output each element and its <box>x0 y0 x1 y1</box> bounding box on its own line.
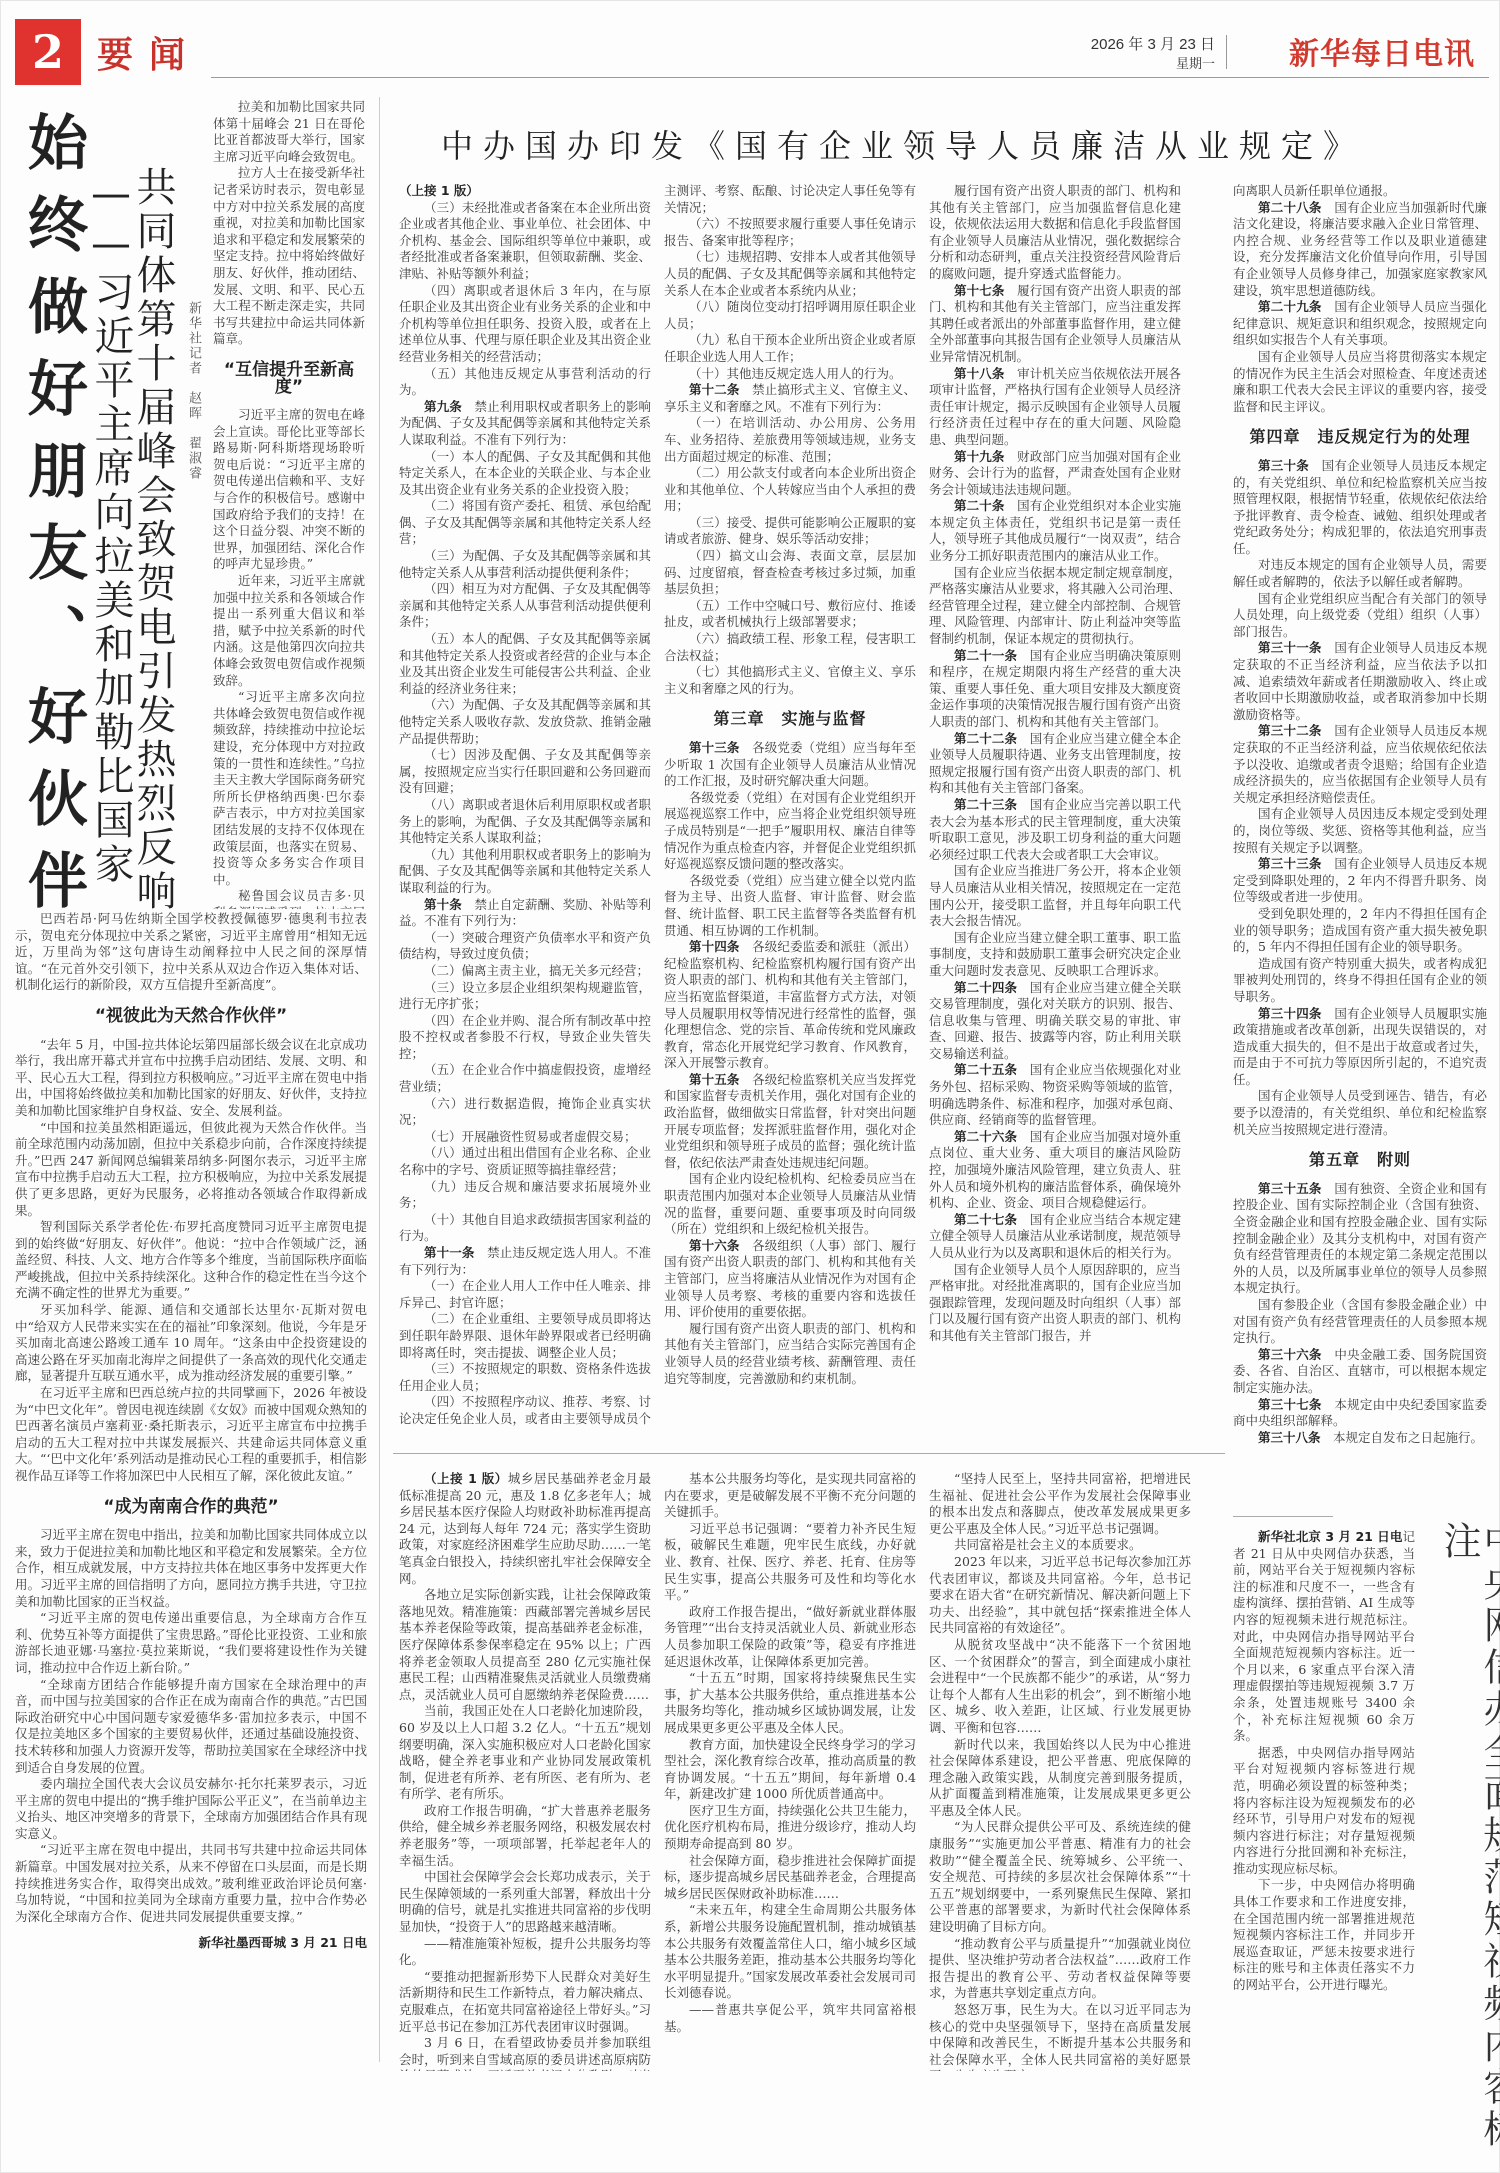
story3-para-2: 各地立足实际创新实践，让社会保障政策落地见效。精准施策：西藏部署完善城乡居民基本… <box>399 1587 651 1703</box>
chapter-5-heading: 第五章 附则 <box>1233 1152 1487 1169</box>
article-label: 第二十条 <box>954 498 1004 513</box>
story3-para-22: “推动教育公平与质量提升”“加强就业岗位提供、坚决维护劳动者合法权益”……政府工… <box>929 1936 1191 2002</box>
clause: （六）不按照要求履行重要人事任免请示报告、备案审批等程序； <box>664 216 916 249</box>
weekday-text: 星期一 <box>1091 55 1215 73</box>
article-label: 第二十八条 <box>1258 200 1322 215</box>
story1-byline: 新华社记者 赵晖 翟淑睿 <box>185 301 201 631</box>
story1-lead-1: 拉美和加勒比国家共同体第十届峰会 21 日在哥伦比亚首都波哥大举行，国家主席习近… <box>213 99 365 165</box>
article-label: 第三十一条 <box>1258 640 1322 655</box>
story1-subhead-2: “视彼此为天然合作伙伴” <box>15 1008 367 1025</box>
article-label: 第三十七条 <box>1258 1397 1322 1412</box>
story3-para-10: 政府工作报告提出，“做好新就业群体服务管理”“出台支持灵活就业人员、新就业形态人… <box>664 1604 916 1670</box>
story3-para-18: 2023 年以来，习近平总书记每次参加江苏代表团审议，都谈及共同富裕。今年，总书… <box>929 1554 1191 1637</box>
article-35: 第三十五条 国有独资、全资企业和国有控股企业、国有实际控制企业（含国有独资、全资… <box>1233 1181 1487 1297</box>
story1-subhead-3: “成为南南合作的典范” <box>15 1499 367 1516</box>
continued-label: （上接 1 版） <box>424 1471 508 1486</box>
story3-column-3: “坚持人民至上，坚持共同富裕，把增进民生福祉、促进社会公平作为发展社会保障事业的… <box>929 1471 1191 2071</box>
story2-column-3: 履行国有资产出资人职责的部门、机构和其他有关主管部门，应当加强监督信息化建设，依… <box>929 183 1181 1428</box>
paper-logo: 新华每日电讯 <box>1289 29 1475 73</box>
section-divider-right <box>1233 1516 1333 1517</box>
story3-para-6: “要推动把握新形势下人民群众对美好生活新期待和民生工作新特点，着力解决痛点、克服… <box>399 1969 651 2035</box>
clause: 造成国有资产特别重大损失，或者构成犯罪被判处刑罚的，终身不得担任国有企业的领导职… <box>1233 956 1487 1006</box>
column-divider <box>379 97 380 2062</box>
article-label: 第三十二条 <box>1258 723 1322 738</box>
article-29: 第二十九条 国有企业领导人员应当强化纪律意识、规矩意识和组织观念，按照规定向组织… <box>1233 299 1487 349</box>
clause: （二）将国有资产委托、租赁、承包给配偶、子女及其配偶等亲属和其他特定关系人经营； <box>399 498 651 548</box>
story3-para-3: 当前，我国正处在人口老龄化加速阶段，60 岁及以上人口超 3.2 亿人。“十五五… <box>399 1703 651 1803</box>
story1-para-15: “习近平主席在贺电中提出，共同书写共建中拉命运共同体新篇章。中国发展对拉关系，从… <box>15 1842 367 1925</box>
story1-para-2: 近年来，习近平主席就加强中拉关系和各领域合作提出一系列重大倡议和举措，赋予中拉关… <box>213 573 365 689</box>
story1-para-6: “去年 5 月，中国-拉共体论坛第四届部长级会议在北京成功举行，我出席开幕式并宣… <box>15 1037 367 1120</box>
clause: 各级党委（党组）在对国有企业党组织开展巡视巡察工作中，应当将企业党组织领导班子成… <box>664 790 916 873</box>
story1-para-5: 巴西若昂·阿马佐纳斯全国学校教授佩德罗·德奥利韦拉表示，贺电充分体现拉中关系之紧… <box>15 911 367 994</box>
clause: （一）突破合理资产负债率水平和资产负债结构，导致过度负债； <box>399 930 651 963</box>
clause: 对违反本规定的国有企业领导人员，需要解任或者解聘的，依法予以解任或者解聘。 <box>1233 557 1487 590</box>
clause: （五）工作中空喊口号、敷衍应付、推诿扯皮，或者机械执行上级部署要求； <box>664 598 916 631</box>
clause: 国有企业应当依据本规定制定规章制度，严格落实廉洁从业要求，将其融入公司治理、经营… <box>929 565 1181 648</box>
story1-subheadline-2: ——习近平主席向拉美和加勒比国家 <box>89 171 133 887</box>
article-label: 第三十八条 <box>1258 1430 1321 1445</box>
clause: （二）用公款支付或者向本企业所出资企业和其他单位、个人转嫁应当由个人承担的费用； <box>664 465 916 515</box>
story1-para-14: 委内瑞拉全国代表大会议员安赫尔·托尔托莱罗表示，习近平主席的贺电中提出的“携手维… <box>15 1776 367 1842</box>
story1-headline: 始终做好朋友、好伙伴 <box>23 111 83 931</box>
article-10: 第十条 禁止自定薪酬、奖励、补贴等利益。不准有下列行为： <box>399 897 651 930</box>
article-label: 第三十条 <box>1258 458 1309 473</box>
story1-para-10: 在习近平主席和巴西总统卢拉的共同擘画下，2026 年被设为“中巴文化年”。曾因电… <box>15 1385 367 1485</box>
clause: 国有企业应当建立健全职工董事、职工监事制度，支持和鼓励职工董事会研究决定企业重大… <box>929 930 1181 980</box>
story2-column-4: 向离职人员新任职单位通报。 第二十八条 国有企业应当加强新时代廉洁文化建设，将廉… <box>1233 183 1487 1448</box>
article-34: 第三十四条 国有企业领导人员履职实施政策措施或者改革创新，出现失误错误的，对造成… <box>1233 1006 1487 1089</box>
clause: （十）其他自目追求政绩损害国家利益的行为。 <box>399 1212 651 1245</box>
clause: （九）违反合规和廉洁要求拓展境外业务； <box>399 1179 651 1212</box>
continued-label: （上接 1 版） <box>399 183 651 200</box>
article-31: 第三十一条 国有企业领导人员违反本规定获取的不正当经济利益，应当依法予以扣减、追… <box>1233 640 1487 723</box>
article-label: 第三十五条 <box>1258 1181 1322 1196</box>
story1-para-11: 习近平主席在贺电中指出，拉美和加勒比国家共同体成立以来，致力于促进拉美和加勒比地… <box>15 1527 367 1610</box>
article-26: 第二十六条 国有企业应当加强对境外重点岗位、重大业务、重大项目的廉洁风险防控，加… <box>929 1129 1181 1212</box>
article-38: 第三十八条 本规定自发布之日起施行。 <box>1233 1430 1487 1447</box>
article-19: 第十九条 财政部门应当加强对国有企业财务、会计行为的监督，严肃查处国有企业财务会… <box>929 449 1181 499</box>
article-label: 第三十三条 <box>1258 856 1322 871</box>
article-12: 第十二条 禁止搞形式主义、官僚主义、享乐主义和奢靡之风。不准有下列行为： <box>664 382 916 415</box>
article-11: 第十一条 禁止违反规定选人用人。不准有下列行为： <box>399 1245 651 1278</box>
article-25: 第二十五条 国有企业应当依规强化对业务外包、招标采购、物资采购等领域的监管，明确… <box>929 1062 1181 1128</box>
story3-para-23: 怒怒万事，民生为大。在以习近平同志为核心的党中央坚强领导下，坚持在高质量发展中保… <box>929 2002 1191 2071</box>
article-label: 第十三条 <box>689 740 739 755</box>
article-label: 第二十六条 <box>954 1129 1017 1144</box>
story3-para-9: 习近平总书记强调：“要着力补齐民生短板，破解民生难题，兜牢民生底线，办好就业、教… <box>664 1521 916 1604</box>
clause: 国有企业领导人员应当将贯彻落实本规定的情况作为民主生活会对照检查、年度述责述廉和… <box>1233 349 1487 415</box>
story1-para-9: 牙买加科学、能源、通信和交通部长达里尔·瓦斯对贺电中“给双方人民带来实实在在的福… <box>15 1302 367 1385</box>
story3-subhead-2: ——普惠共享促公平，筑牢共同富裕根基。 <box>664 2002 916 2035</box>
article-text: 本规定自发布之日起施行。 <box>1333 1430 1483 1445</box>
clause: 国有企业党组织应当配合有关部门的领导人员处理，向上级党委（党组）组织（人事）部门… <box>1233 591 1487 641</box>
clause: （三）不按照规定的职数、资格条件选拔任用企业人员； <box>399 1361 651 1394</box>
story4-column: 新华社北京 3 月 21 日电记者 21 日从中央网信办获悉，当前，网站平台关于… <box>1233 1529 1415 2069</box>
clause: （四）离职或者退休后 3 年内，在与原任职企业及其出资企业有业务关系的企业和中介… <box>399 283 651 366</box>
masthead: 2 要闻 2026 年 3 月 23 日 星期一 新华每日电讯 <box>13 17 1489 79</box>
article-label: 第二十二条 <box>954 731 1017 746</box>
clause: （七）违规招聘、安排本人或者其他领导人员的配偶、子女及其配偶等亲属和其他特定关系… <box>664 249 916 299</box>
article-9: 第九条 禁止利用职权或者职务上的影响为配偶、子女及其配偶等亲属和其他特定关系人谋… <box>399 399 651 449</box>
clause: （七）其他搞形式主义、官僚主义、享乐主义和奢靡之风的行为。 <box>664 664 916 697</box>
story1-para-13: “全球南方团结合作能够提升南方国家在全球治理中的声音，而中国与拉美国家的合作正在… <box>15 1677 367 1777</box>
clause: 主测评、考察、酝酿、讨论决定人事任免等有关情况； <box>664 183 916 216</box>
masthead-rule <box>211 77 1489 78</box>
article-16: 第十六条 各级组织（人事）部门、履行国有资产出资人职责的部门、机构和其他有关主管… <box>664 1238 916 1321</box>
clause: （八）随岗位变动打招呼调用原任职企业人员； <box>664 299 916 332</box>
clause: （五）在企业合作中搞虚假投资，虚增经营业绩； <box>399 1062 651 1095</box>
story3-para-13: 医疗卫生方面，持续强化公共卫生能力，优化医疗机构布局，推进分级诊疗，推动人均预期… <box>664 1803 916 1853</box>
newspaper-page: 2 要闻 2026 年 3 月 23 日 星期一 新华每日电讯 始终做好朋友、好… <box>0 0 1500 2173</box>
story1-column-a: 拉美和加勒比国家共同体第十届峰会 21 日在哥伦比亚首都波哥大举行，国家主席习近… <box>213 99 365 909</box>
story4-para-3: 下一步，中央网信办将明确具体工作要求和工作进度安排，在全国范围内统一部署推进规范… <box>1233 1877 1415 1993</box>
clause: 履行国有资产出资人职责的部门、机构和其他有关主管部门，应当结合实际完善国有企业领… <box>664 1321 916 1387</box>
story1-column-b: 巴西若昂·阿马佐纳斯全国学校教授佩德罗·德奥利韦拉表示，贺电充分体现拉中关系之紧… <box>15 911 367 2071</box>
clause: （一）在企业人用人工作中任人唯亲、排斥异己、封官许愿； <box>399 1278 651 1311</box>
clause: （二）偏离主责主业，搞无关多元经营； <box>399 963 651 980</box>
story3-column-1: （上接 1 版）城乡居民基础养老金月最低标准提高 20 元，惠及 1.8 亿多老… <box>399 1471 651 2071</box>
clause: 国有企业应当推进厂务公开，将本企业领导人员廉洁从业相关情况，按照规定在一定范围内… <box>929 863 1181 929</box>
story3-para-1: （上接 1 版）城乡居民基础养老金月最低标准提高 20 元，惠及 1.8 亿多老… <box>399 1471 651 1587</box>
article-13: 第十三条 各级党委（党组）应当每年至少听取 1 次国有企业领导人员廉洁从业情况的… <box>664 740 916 790</box>
article-30: 第三十条 国有企业领导人员违反本规定的，有关党组织、单位和纪检监察机关应当按照管… <box>1233 458 1487 558</box>
clause: （七）因涉及配偶、子女及其配偶等亲属，按照规定应当实行任职回避和公务回避而没有回… <box>399 747 651 797</box>
story4-headline: 中央网信办全面规范短视频内容标注 <box>1439 1521 1500 2172</box>
article-33: 第三十三条 国有企业领导人员违反本规定受到降职处理的，2 年内不得晋升职务、岗位… <box>1233 856 1487 906</box>
clause: （三）未经批准或者备案在本企业所出资企业或者其他企业、事业单位、社会团体、中介机… <box>399 200 651 283</box>
article-label: 第二十九条 <box>1258 299 1322 314</box>
article-label: 第十四条 <box>689 939 739 954</box>
story2-column-2: 主测评、考察、酝酿、讨论决定人事任免等有关情况； （六）不按照要求履行重要人事任… <box>664 183 916 1428</box>
article-28: 第二十八条 国有企业应当加强新时代廉洁文化建设，将廉洁要求融入企业日常管理、内控… <box>1233 200 1487 300</box>
story3-para-19: 从脱贫攻坚战中“决不能落下一个贫困地区、一个贫困群众”的誓言，到全面建成小康社会… <box>929 1637 1191 1737</box>
clause: （四）在企业并购、混合所有制改革中控股不控权或者参股不行权，导致企业失管失控； <box>399 1013 651 1063</box>
story4-dateline: 新华社北京 3 月 21 日电 <box>1258 1529 1402 1544</box>
article-label: 第十条 <box>424 897 462 912</box>
article-15: 第十五条 各级纪检监察机关应当发挥党和国家监督专责机关作用，强化对国有企业的政治… <box>664 1072 916 1172</box>
story3-para-20: 新时代以来，我国始终以人民为中心推进社会保障体系建设，把公平普惠、兜底保障的理念… <box>929 1737 1191 1820</box>
story3-para-12: 教育方面，加快建设全民终身学习的学习型社会，深化教育综合改革，推动高质量的教育协… <box>664 1737 916 1803</box>
story3-para-5: 中国社会保障学会会长郑功成表示，关于民生保障领域的一系列重大部署，释放出十分明确… <box>399 1869 651 1935</box>
story3-para-7: 3 月 6 日，在看望政协委员并参加联组会时，听到来自雪域高原的委员讲述高原病防… <box>399 2035 651 2071</box>
article-label: 第二十一条 <box>954 648 1017 663</box>
article-label: 第十五条 <box>689 1072 739 1087</box>
article-label: 第三十六条 <box>1258 1347 1322 1362</box>
clause: （六）搞政绩工程、形象工程，侵害职工合法权益； <box>664 631 916 664</box>
story3-para-8: 基本公共服务均等化，是实现共同富裕的内在要求，更是破解发展不平衡不充分问题的关键… <box>664 1471 916 1521</box>
chapter-3-heading: 第三章 实施与监督 <box>664 711 916 728</box>
story2-title: 中办国办印发《国有企业领导人员廉洁从业规定》 <box>441 121 1461 167</box>
clause: 各级党委（党组）应当建立健全以党内监督为主导、出资人监督、审计监督、财会监督、统… <box>664 873 916 939</box>
clause: （四）相互为对方配偶、子女及其配偶等亲属和其他特定关系人从事营利活动提供便利条件… <box>399 581 651 631</box>
clause: （四）不按照程序动议、推荐、考察、讨论决定任免企业人员，或者由主要领导成员个人决… <box>399 1394 651 1428</box>
article-label: 第十九条 <box>954 449 1004 464</box>
clause: （九）其他利用职权或者职务上的影响为配偶、子女及其配偶等亲属和其他特定关系人谋取… <box>399 847 651 897</box>
article-27: 第二十七条 国有企业应当结合本规定建立健全领导人员廉洁从业承诺制度，规范领导人员… <box>929 1212 1181 1262</box>
story1-dateline: 新华社墨西哥城 3 月 21 日电 <box>15 1935 367 1952</box>
article-label: 第九条 <box>424 399 462 414</box>
article-37: 第三十七条 本规定由中央纪委国家监委商中央组织部解释。 <box>1233 1397 1487 1430</box>
story3-subhead: ——精准施策补短板，提升公共服务均等化。 <box>399 1936 651 1969</box>
story3-para-4: 政府工作报告明确，“扩大普惠养老服务供给，健全城乡养老服务网络，积极发展农村养老… <box>399 1803 651 1869</box>
page-number-badge: 2 <box>15 19 81 85</box>
story4-text: 记者 21 日从中央网信办获悉，当前，网站平台关于短视频内容标注的标准和尺度不一… <box>1233 1529 1415 1743</box>
chapter-4-heading: 第四章 违反规定行为的处理 <box>1233 429 1487 446</box>
story1-subheadline-1: 共同体第十届峰会致贺电引发热烈反响 <box>131 166 175 914</box>
story4-para-1: 新华社北京 3 月 21 日电记者 21 日从中央网信办获悉，当前，网站平台关于… <box>1233 1529 1415 1745</box>
story2-column-1: （上接 1 版） （三）未经批准或者备案在本企业所出资企业或者其他企业、事业单位… <box>399 183 651 1428</box>
article-21: 第二十一条 国有企业应当明确决策原则和程序，在规定期限内将生产经营的重大决策、重… <box>929 648 1181 731</box>
article-text: 各级纪委监委和派驻（派出）纪检监察机构、纪检监察机构履行国有资产出资人职责的部门… <box>664 939 916 1070</box>
clause: （四）搞文山会海、表面文章，层层加码、过度留痕，督查检查考核过多过频，加重基层负… <box>664 548 916 598</box>
story3-text: 城乡居民基础养老金月最低标准提高 20 元，惠及 1.8 亿多老年人；城乡居民基… <box>399 1471 651 1586</box>
story4-para-2: 据悉，中央网信办指导网站平台对短视频内容标签进行规范，明确必须设置的标签种类；将… <box>1233 1745 1415 1878</box>
clause: （十）其他违反规定选人用人的行为。 <box>664 366 916 383</box>
story1-para-7: “中国和拉美虽然相距遥远，但彼此视为天然合作伙伴。当前全球范围内动荡加剧，但拉中… <box>15 1120 367 1220</box>
article-14: 第十四条 各级纪委监委和派驻（派出）纪检监察机构、纪检监察机构履行国有资产出资人… <box>664 939 916 1072</box>
article-36: 第三十六条 中央金融工委、国务院国资委、各省、自治区、直辖市，可以根据本规定制定… <box>1233 1347 1487 1397</box>
article-24: 第二十四条 国有企业应当建立健全关联交易管理制度，强化对关联方的识别、报告、信息… <box>929 980 1181 1063</box>
clause: 国有企业内设纪检机构、纪检委员应当在职责范围内加强对本企业领导人员廉洁从业情况的… <box>664 1171 916 1237</box>
clause: 国有企业领导人员因违反本规定受到处理的，岗位等级、奖惩、资格等其他利益，应当按照… <box>1233 806 1487 856</box>
story1-para-4a: 秘鲁国会议员吉多·贝利多深切感受到，拉中高层交往密切，为双边关系发展提供重要引领… <box>213 888 365 909</box>
clause: （三）为配偶、子女及其配偶等亲属和其他特定关系人从事营利活动提供便利条件； <box>399 548 651 581</box>
article-32: 第三十二条 国有企业领导人员违反本规定获取的不正当经济利益，应当依规依纪依法予以… <box>1233 723 1487 806</box>
masthead-separator <box>1226 35 1227 69</box>
article-label: 第十二条 <box>689 382 739 397</box>
section-divider <box>393 1453 1225 1454</box>
clause: （九）私自干预本企业所出资企业或者原任职企业选人用人工作； <box>664 332 916 365</box>
article-text: 国有独资、全资企业和国有控股企业、国有实际控制企业（含国有独资、全资金融企业和国… <box>1233 1181 1487 1296</box>
clause: 国有参股企业（含国有参股金融企业）中对国有资产负有经营管理责任的人员参照本规定执… <box>1233 1297 1487 1347</box>
story3-para-14: 社会保障方面，稳步推进社会保障扩面提标，逐步提高城乡居民基础养老金，合理提高城乡… <box>664 1853 916 1903</box>
story1-para-3: “习近平主席多次向拉共体峰会致贺电贺信或作视频致辞，持续推动中拉论坛建设，充分体… <box>213 689 365 888</box>
story3-para-17: 共同富裕是社会主义的本质要求。 <box>929 1537 1191 1554</box>
date-text: 2026 年 3 月 23 日 <box>1091 35 1215 55</box>
article-label: 第三十四条 <box>1258 1006 1322 1021</box>
story1-subhead-1: “互信提升至新高度” <box>213 362 365 395</box>
clause: （六）进行数据造假，掩饰企业真实状况； <box>399 1096 651 1129</box>
clause: 国有企业领导人员个人原因辞职的，应当严格审批。对经批准离职的，国有企业应当加强跟… <box>929 1262 1181 1345</box>
story1-para-1: 习近平主席的贺电在峰会上宣读。哥伦比亚等部长路易斯·阿科斯塔现场聆听贺电后说：“… <box>213 407 365 573</box>
article-label: 第二十四条 <box>954 980 1017 995</box>
story3-para-16: “坚持人民至上，坚持共同富裕，把增进民生福祉、促进社会公平作为发展社会保障事业的… <box>929 1471 1191 1537</box>
article-label: 第二十七条 <box>954 1212 1017 1227</box>
clause: 受到免职处理的，2 年内不得担任国有企业的领导职务；造成国有资产重大损失被免职的… <box>1233 906 1487 956</box>
clause: （八）通过出租出借国有企业名称、企业名称中的字号、资质证照等搞挂靠经营； <box>399 1145 651 1178</box>
clause: 履行国有资产出资人职责的部门、机构和其他有关主管部门，应当加强监督信息化建设，依… <box>929 183 1181 283</box>
clause: （一）在培训活动、办公用房、公务用车、业务招待、差旅费用等领域违规，业务支出方面… <box>664 415 916 465</box>
clause: （八）离职或者退休后利用原职权或者职务上的影响，为配偶、子女及其配偶等亲属和其他… <box>399 797 651 847</box>
article-23: 第二十三条 国有企业应当完善以职工代表大会为基本形式的民主管理制度，重大决策听取… <box>929 797 1181 863</box>
story3-para-11: “十五五”时期，国家将持续聚焦民生实事，扩大基本公共服务供给，重点推进基本公共服… <box>664 1670 916 1736</box>
section-title: 要闻 <box>97 27 201 78</box>
article-label: 第二十五条 <box>954 1062 1017 1077</box>
article-17: 第十七条 履行国有资产出资人职责的部门、机构和其他有关主管部门，应当注重发挥其聘… <box>929 283 1181 366</box>
clause: （二）在企业重组、主要领导成员即将达到任职年龄界限、退休年龄界限或者已经明确即将… <box>399 1311 651 1361</box>
article-18: 第十八条 审计机关应当依规依法开展各项审计监督，严格执行国有企业领导人员经济责任… <box>929 366 1181 449</box>
clause: （三）接受、提供可能影响公正履职的宴请或者旅游、健身、娱乐等活动安排； <box>664 515 916 548</box>
article-label: 第二十三条 <box>954 797 1017 812</box>
story1-para-8: 智利国际关系学者伦佐·布罗托高度赞同习近平主席贺电提到的始终做“好朋友、好伙伴”… <box>15 1219 367 1302</box>
clause: （六）为配偶、子女及其配偶等亲属和其他特定关系人吸收存款、发放贷款、推销金融产品… <box>399 697 651 747</box>
story3-para-15: “未来五年，构建全生命周期公共服务体系，新增公共服务设施配置机制，推动城镇基本公… <box>664 1902 916 2002</box>
clause: （五）其他违反规定从事营利活动的行为。 <box>399 366 651 399</box>
issue-date: 2026 年 3 月 23 日 星期一 <box>1091 35 1215 73</box>
article-label: 第十六条 <box>689 1238 739 1253</box>
story3-para-21: “为人民群众提供公平可及、系统连续的健康服务”“实施更加公平普惠、精准有力的社会… <box>929 1819 1191 1935</box>
clause: 国有企业领导人员受到诬告、错告，有必要予以澄清的，有关党组织、单位和纪检监察机关… <box>1233 1088 1487 1138</box>
story1-para-12: “习近平主席的贺电传递出重要信息，为全球南方合作互利、优势互补等方面提供了宝贵思… <box>15 1610 367 1676</box>
article-20: 第二十条 国有企业党组织对本企业实施本规定负主体责任，党组织书记是第一责任人，领… <box>929 498 1181 564</box>
article-label: 第十八条 <box>954 366 1004 381</box>
clause: （五）本人的配偶、子女及其配偶等亲属和其他特定关系人投资或者经营的企业与本企业及… <box>399 631 651 697</box>
article-label: 第十七条 <box>954 283 1004 298</box>
clause: （一）本人的配偶、子女及其配偶和其他特定关系人，在本企业的关联企业、与本企业及其… <box>399 449 651 499</box>
clause: （三）设立多层企业组织架构规避监管，进行无序扩张； <box>399 980 651 1013</box>
story1-lead-2: 拉方人士在接受新华社记者采访时表示，贺电彰显中方对中拉关系发展的高度重视，对拉美… <box>213 165 365 348</box>
article-22: 第二十二条 国有企业应当建立健全本企业领导人员履职待遇、业务支出管理制度，按照规… <box>929 731 1181 797</box>
article-label: 第十一条 <box>424 1245 474 1260</box>
story3-column-2: 基本公共服务均等化，是实现共同富裕的内在要求，更是破解发展不平衡不充分问题的关键… <box>664 1471 916 2071</box>
clause: （七）开展融资性贸易或者虚假交易； <box>399 1129 651 1146</box>
clause: 向离职人员新任职单位通报。 <box>1233 183 1487 200</box>
